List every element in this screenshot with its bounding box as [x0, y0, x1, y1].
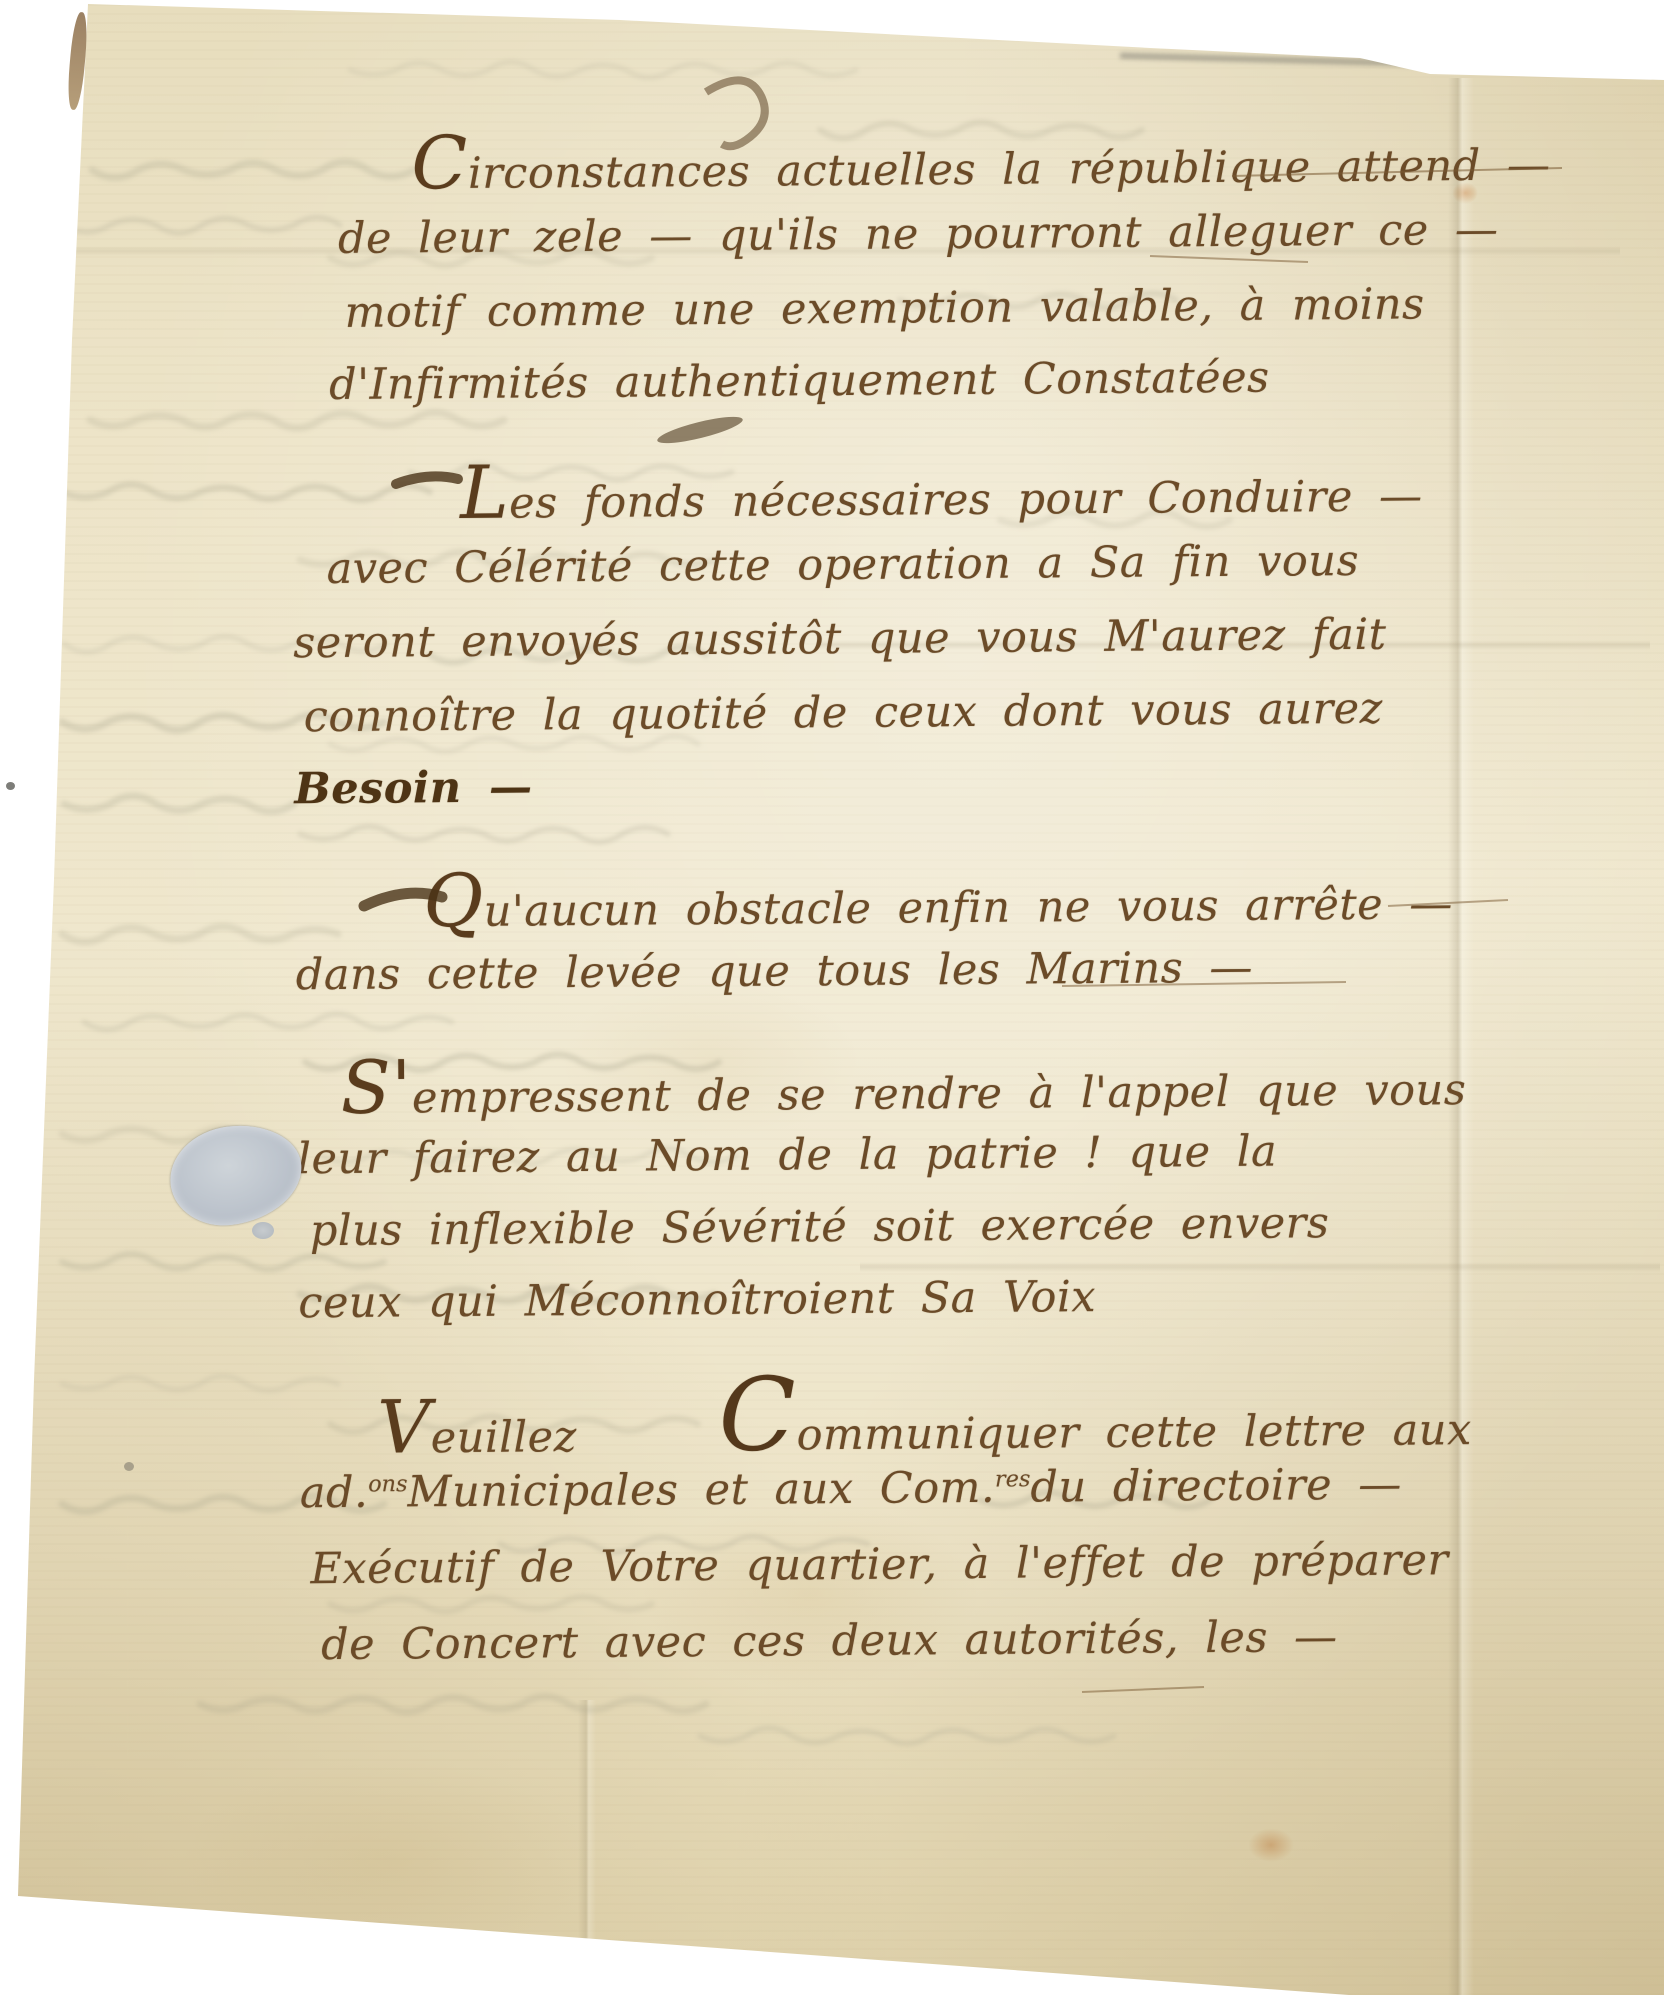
dust-speck	[124, 1462, 134, 1471]
manuscript-line: Circonstances actuelles la république at…	[411, 128, 1550, 199]
abbrev-administrations: ad.	[300, 1468, 369, 1519]
manuscript-line: de leur zele — qu'ils ne pourront allegu…	[338, 205, 1499, 264]
letter-body: Circonstances actuelles la république at…	[0, 0, 1664, 1995]
manuscript-line: Besoin —	[294, 762, 533, 814]
manuscript-line: plus inflexible Sévérité soit exercée en…	[310, 1198, 1330, 1256]
manuscript-line: connoître la quotité de ceux dont vous a…	[304, 684, 1383, 742]
scanned-page: Circonstances actuelles la république at…	[0, 0, 1664, 1995]
manuscript-line: Les fonds nécessaires pour Conduire —	[460, 459, 1423, 529]
manuscript-line: d'Infirmités authentiquement Constatées	[329, 353, 1270, 410]
dust-speck	[6, 782, 15, 790]
manuscript-line: motif comme une exemption valable, à moi…	[344, 279, 1424, 337]
superscript-res: res	[995, 1466, 1031, 1492]
manuscript-line: ad.ons Municipales et aux Com.res du dir…	[300, 1460, 1402, 1519]
manuscript-line: de Concert avec ces deux autorités, les …	[321, 1612, 1338, 1670]
manuscript-line: seront envoyés aussitôt que vous M'aurez…	[293, 610, 1387, 669]
wax-blob-dot	[252, 1222, 274, 1239]
manuscript-line: S'empressent de se rendre à l'appel que …	[341, 1053, 1467, 1124]
manuscript-line: dans cette levée que tous les Marins —	[296, 943, 1253, 1001]
line-directoire: du directoire —	[1030, 1460, 1402, 1513]
abbrev-commissaires: Municipales et aux Com.	[407, 1463, 995, 1518]
line-communiquer: Communiquer cette lettre aux	[718, 1379, 1472, 1461]
superscript-ons: ons	[368, 1471, 408, 1497]
manuscript-line: Qu'aucun obstacle enfin ne vous arrête —	[423, 867, 1453, 937]
manuscript-paper: Circonstances actuelles la république at…	[0, 0, 1664, 1995]
manuscript-line: Exécutif de Votre quartier, à l'effet de…	[310, 1535, 1448, 1594]
manuscript-line: leur fairez au Nom de la patrie ! que la	[297, 1127, 1277, 1185]
word-veuillez: Veuillez	[377, 1400, 577, 1464]
manuscript-line: ceux qui Méconnoîtroient Sa Voix	[298, 1272, 1096, 1328]
manuscript-line: VeuillezCommuniquer cette lettre aux	[377, 1379, 1472, 1464]
manuscript-line: avec Célérité cette operation a Sa fin v…	[326, 536, 1359, 594]
